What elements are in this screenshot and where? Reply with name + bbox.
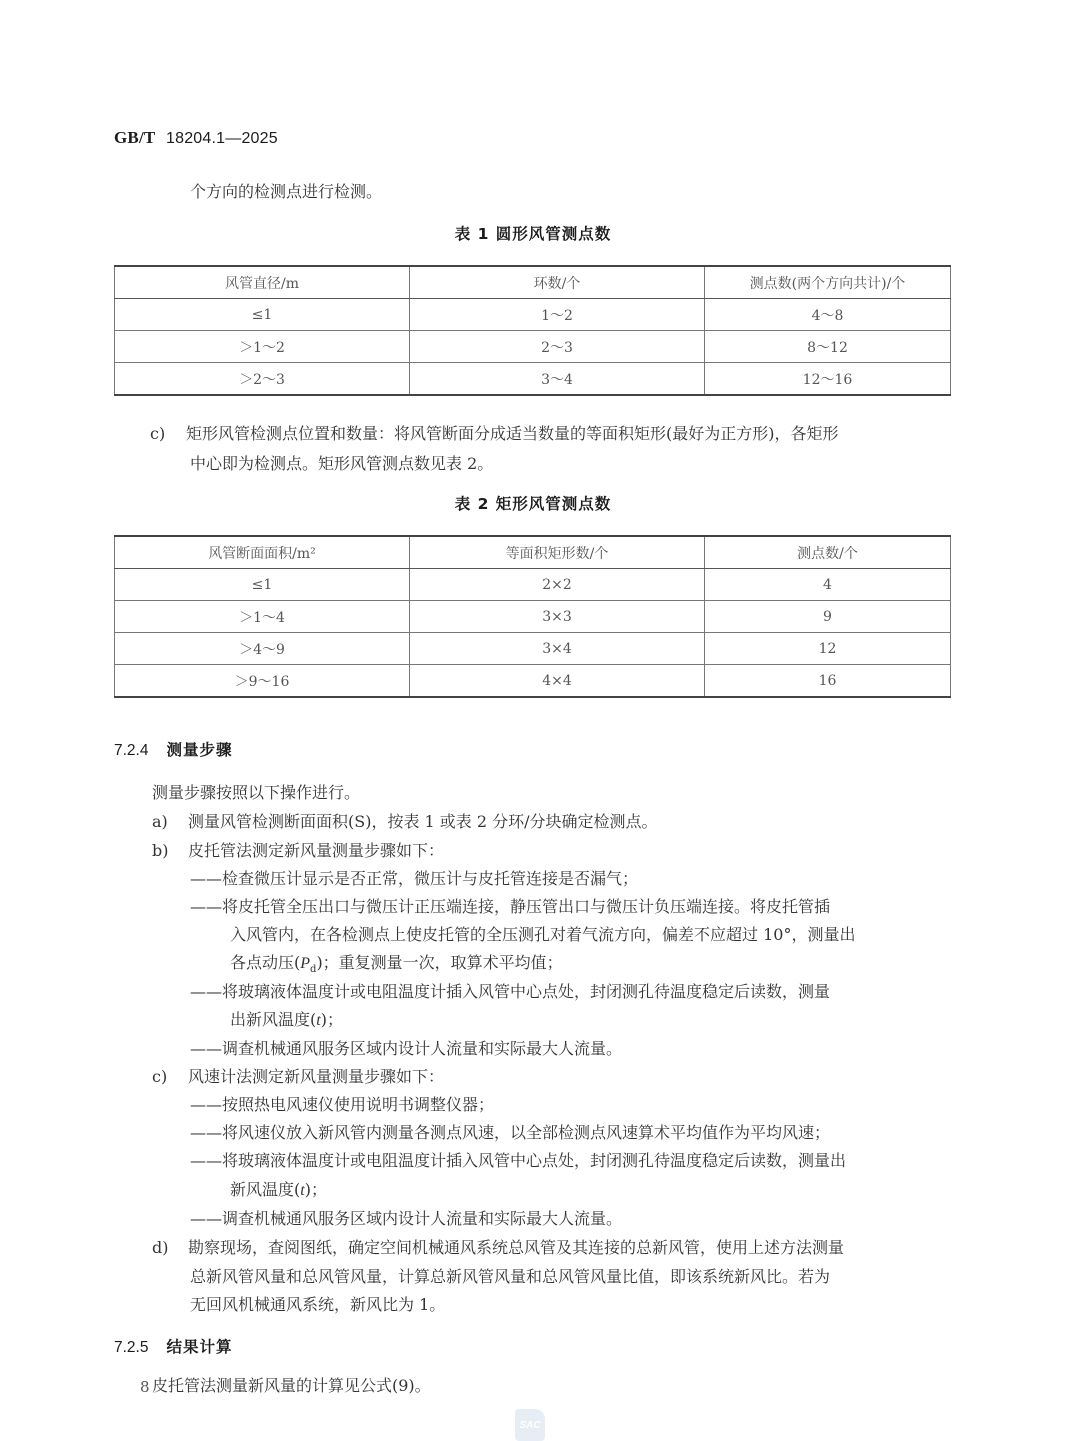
table-row: ≤1 1～2 4～8 [115,299,951,331]
step-c-dash4: ——调查机械通风服务区域内设计人流量和实际最大人流量。 [190,1206,622,1229]
standard-code: GB/T 18204.1—2025 [114,128,278,148]
step-a: a)测量风管检测断面面积(S)，按表 1 或表 2 分环/分块确定检测点。 [152,809,658,832]
step-c-dash3-line1: ——将玻璃液体温度计或电阻温度计插入风管中心点处，封闭测孔待温度稳定后读数，测量… [190,1148,846,1171]
list-marker: d) [152,1238,188,1257]
var-p: P [300,955,310,972]
table-row: ≤1 2×2 4 [115,569,951,601]
text-fragment: )； [321,1010,343,1029]
step-b-dash2-line1: ——将皮托管全压出口与微压计正压端连接，静压管出口与微压计负压端连接。将皮托管插 [190,894,830,917]
section-7-2-5-heading: 7.2.5结果计算 [114,1335,233,1357]
section-7-2-5-text: 皮托管法测量新风量的计算见公式(9)。 [152,1373,431,1396]
list-marker: c) [152,1067,188,1086]
table-cell: 4 [705,569,951,601]
text-fragment: 新风温度( [230,1180,300,1199]
step-b-dash3-line2: 出新风温度(t)； [230,1007,343,1030]
table-row: ＞1～4 3×3 9 [115,601,951,633]
table-row: ＞2～3 3～4 12～16 [115,363,951,396]
table-cell: 3×4 [410,633,705,665]
table-row: ＞4～9 3×4 12 [115,633,951,665]
section-title: 测量步骤 [166,741,232,759]
section-number: 7.2.5 [114,1339,148,1356]
table2-col-points: 测点数/个 [705,536,951,569]
step-d-line1: 勘察现场，查阅图纸，确定空间机械通风系统总风管及其连接的总新风管，使用上述方法测… [188,1238,844,1257]
table-cell: ≤1 [115,299,410,331]
step-c-text: 风速计法测定新风量测量步骤如下： [188,1067,444,1086]
step-c-dash2: ——将风速仪放入新风管内测量各测点风速，以全部检测点风速算术平均值作为平均风速； [190,1120,830,1143]
text-fragment: 出新风温度( [230,1010,316,1029]
section-7-2-4-intro: 测量步骤按照以下操作进行。 [152,780,360,803]
list-marker: c) [150,424,186,443]
table-cell: ＞1～4 [115,601,410,633]
section-title: 结果计算 [166,1338,232,1356]
table-cell: ≤1 [115,569,410,601]
step-b-dash2-line2: 入风管内，在各检测点上使皮托管的全压测孔对着气流方向，偏差不应超过 10°，测量… [230,922,855,945]
table-cell: 1～2 [410,299,705,331]
table-cell: 3×3 [410,601,705,633]
sac-logo-icon: SAC [515,1409,545,1441]
table-cell: 12～16 [705,363,951,396]
table2-header-row: 风管断面面积/m² 等面积矩形数/个 测点数/个 [115,536,951,569]
table-cell: 4×4 [410,665,705,698]
table-cell: 12 [705,633,951,665]
text-fragment: )；重复测量一次，取算术平均值； [316,953,562,972]
standard-prefix: GB/T [114,128,155,147]
rect-item-c: c)矩形风管检测点位置和数量：将风管断面分成适当数量的等面积矩形(最好为正方形)… [150,421,839,444]
table-cell: 16 [705,665,951,698]
table1-col-points: 测点数(两个方向共计)/个 [705,266,951,299]
table-cell: 8～12 [705,331,951,363]
table1: 风管直径/m 环数/个 测点数(两个方向共计)/个 ≤1 1～2 4～8 ＞1～… [114,265,951,396]
step-d-line3: 无回风机械通风系统，新风比为 1。 [190,1292,445,1315]
intro-text: 个方向的检测点进行检测。 [190,175,382,209]
rect-item-c-line1: 矩形风管检测点位置和数量：将风管断面分成适当数量的等面积矩形(最好为正方形)，各… [186,424,839,443]
step-c-dash1: ——按照热电风速仪使用说明书调整仪器； [190,1092,494,1115]
table-row: ＞1～2 2～3 8～12 [115,331,951,363]
table2-col-area: 风管断面面积/m² [115,536,410,569]
table-cell: ＞2～3 [115,363,410,396]
step-b-dash3-line1: ——将玻璃液体温度计或电阻温度计插入风管中心点处，封闭测孔待温度稳定后读数，测量 [190,979,830,1002]
table-cell: 2×2 [410,569,705,601]
rect-item-c-line2: 中心即为检测点。矩形风管测点数见表 2。 [190,451,493,474]
table1-title: 表 1 圆形风管测点数 [0,222,1066,244]
step-b-text: 皮托管法测定新风量测量步骤如下： [188,841,444,860]
step-d: d)勘察现场，查阅图纸，确定空间机械通风系统总风管及其连接的总新风管，使用上述方… [152,1235,844,1258]
table2: 风管断面面积/m² 等面积矩形数/个 测点数/个 ≤1 2×2 4 ＞1～4 3… [114,535,951,698]
section-7-2-4-heading: 7.2.4测量步骤 [114,738,233,760]
step-b: b)皮托管法测定新风量测量步骤如下： [152,838,444,861]
table-cell: 2～3 [410,331,705,363]
table1-col-diameter: 风管直径/m [115,266,410,299]
step-c: c)风速计法测定新风量测量步骤如下： [152,1064,444,1087]
step-a-text: 测量风管检测断面面积(S)，按表 1 或表 2 分环/分块确定检测点。 [188,812,658,831]
table-cell: ＞1～2 [115,331,410,363]
step-b-dash4: ——调查机械通风服务区域内设计人流量和实际最大人流量。 [190,1036,622,1059]
table1-col-rings: 环数/个 [410,266,705,299]
table-cell: ＞9～16 [115,665,410,698]
table2-col-rects: 等面积矩形数/个 [410,536,705,569]
step-c-dash3-line2: 新风温度(t)； [230,1177,327,1200]
table-cell: 3～4 [410,363,705,396]
step-b-dash1: ——检查微压计显示是否正常，微压计与皮托管连接是否漏气； [190,866,638,889]
table-cell: ＞4～9 [115,633,410,665]
step-d-line2: 总新风管风量和总风管风量，计算总新风管风量和总风管风量比值，即该系统新风比。若为 [190,1264,830,1287]
list-marker: b) [152,841,188,860]
table2-title: 表 2 矩形风管测点数 [0,492,1066,514]
page-number: 8 [140,1378,150,1396]
standard-number: 18204.1—2025 [166,130,278,147]
table1-header-row: 风管直径/m 环数/个 测点数(两个方向共计)/个 [115,266,951,299]
list-marker: a) [152,812,188,831]
step-b-dash2-line3: 各点动压(Pd)；重复测量一次，取算术平均值； [230,950,563,975]
table-row: ＞9～16 4×4 16 [115,665,951,698]
text-fragment: 各点动压( [230,953,300,972]
section-number: 7.2.4 [114,742,148,759]
table-cell: 4～8 [705,299,951,331]
text-fragment: )； [305,1180,327,1199]
table-cell: 9 [705,601,951,633]
